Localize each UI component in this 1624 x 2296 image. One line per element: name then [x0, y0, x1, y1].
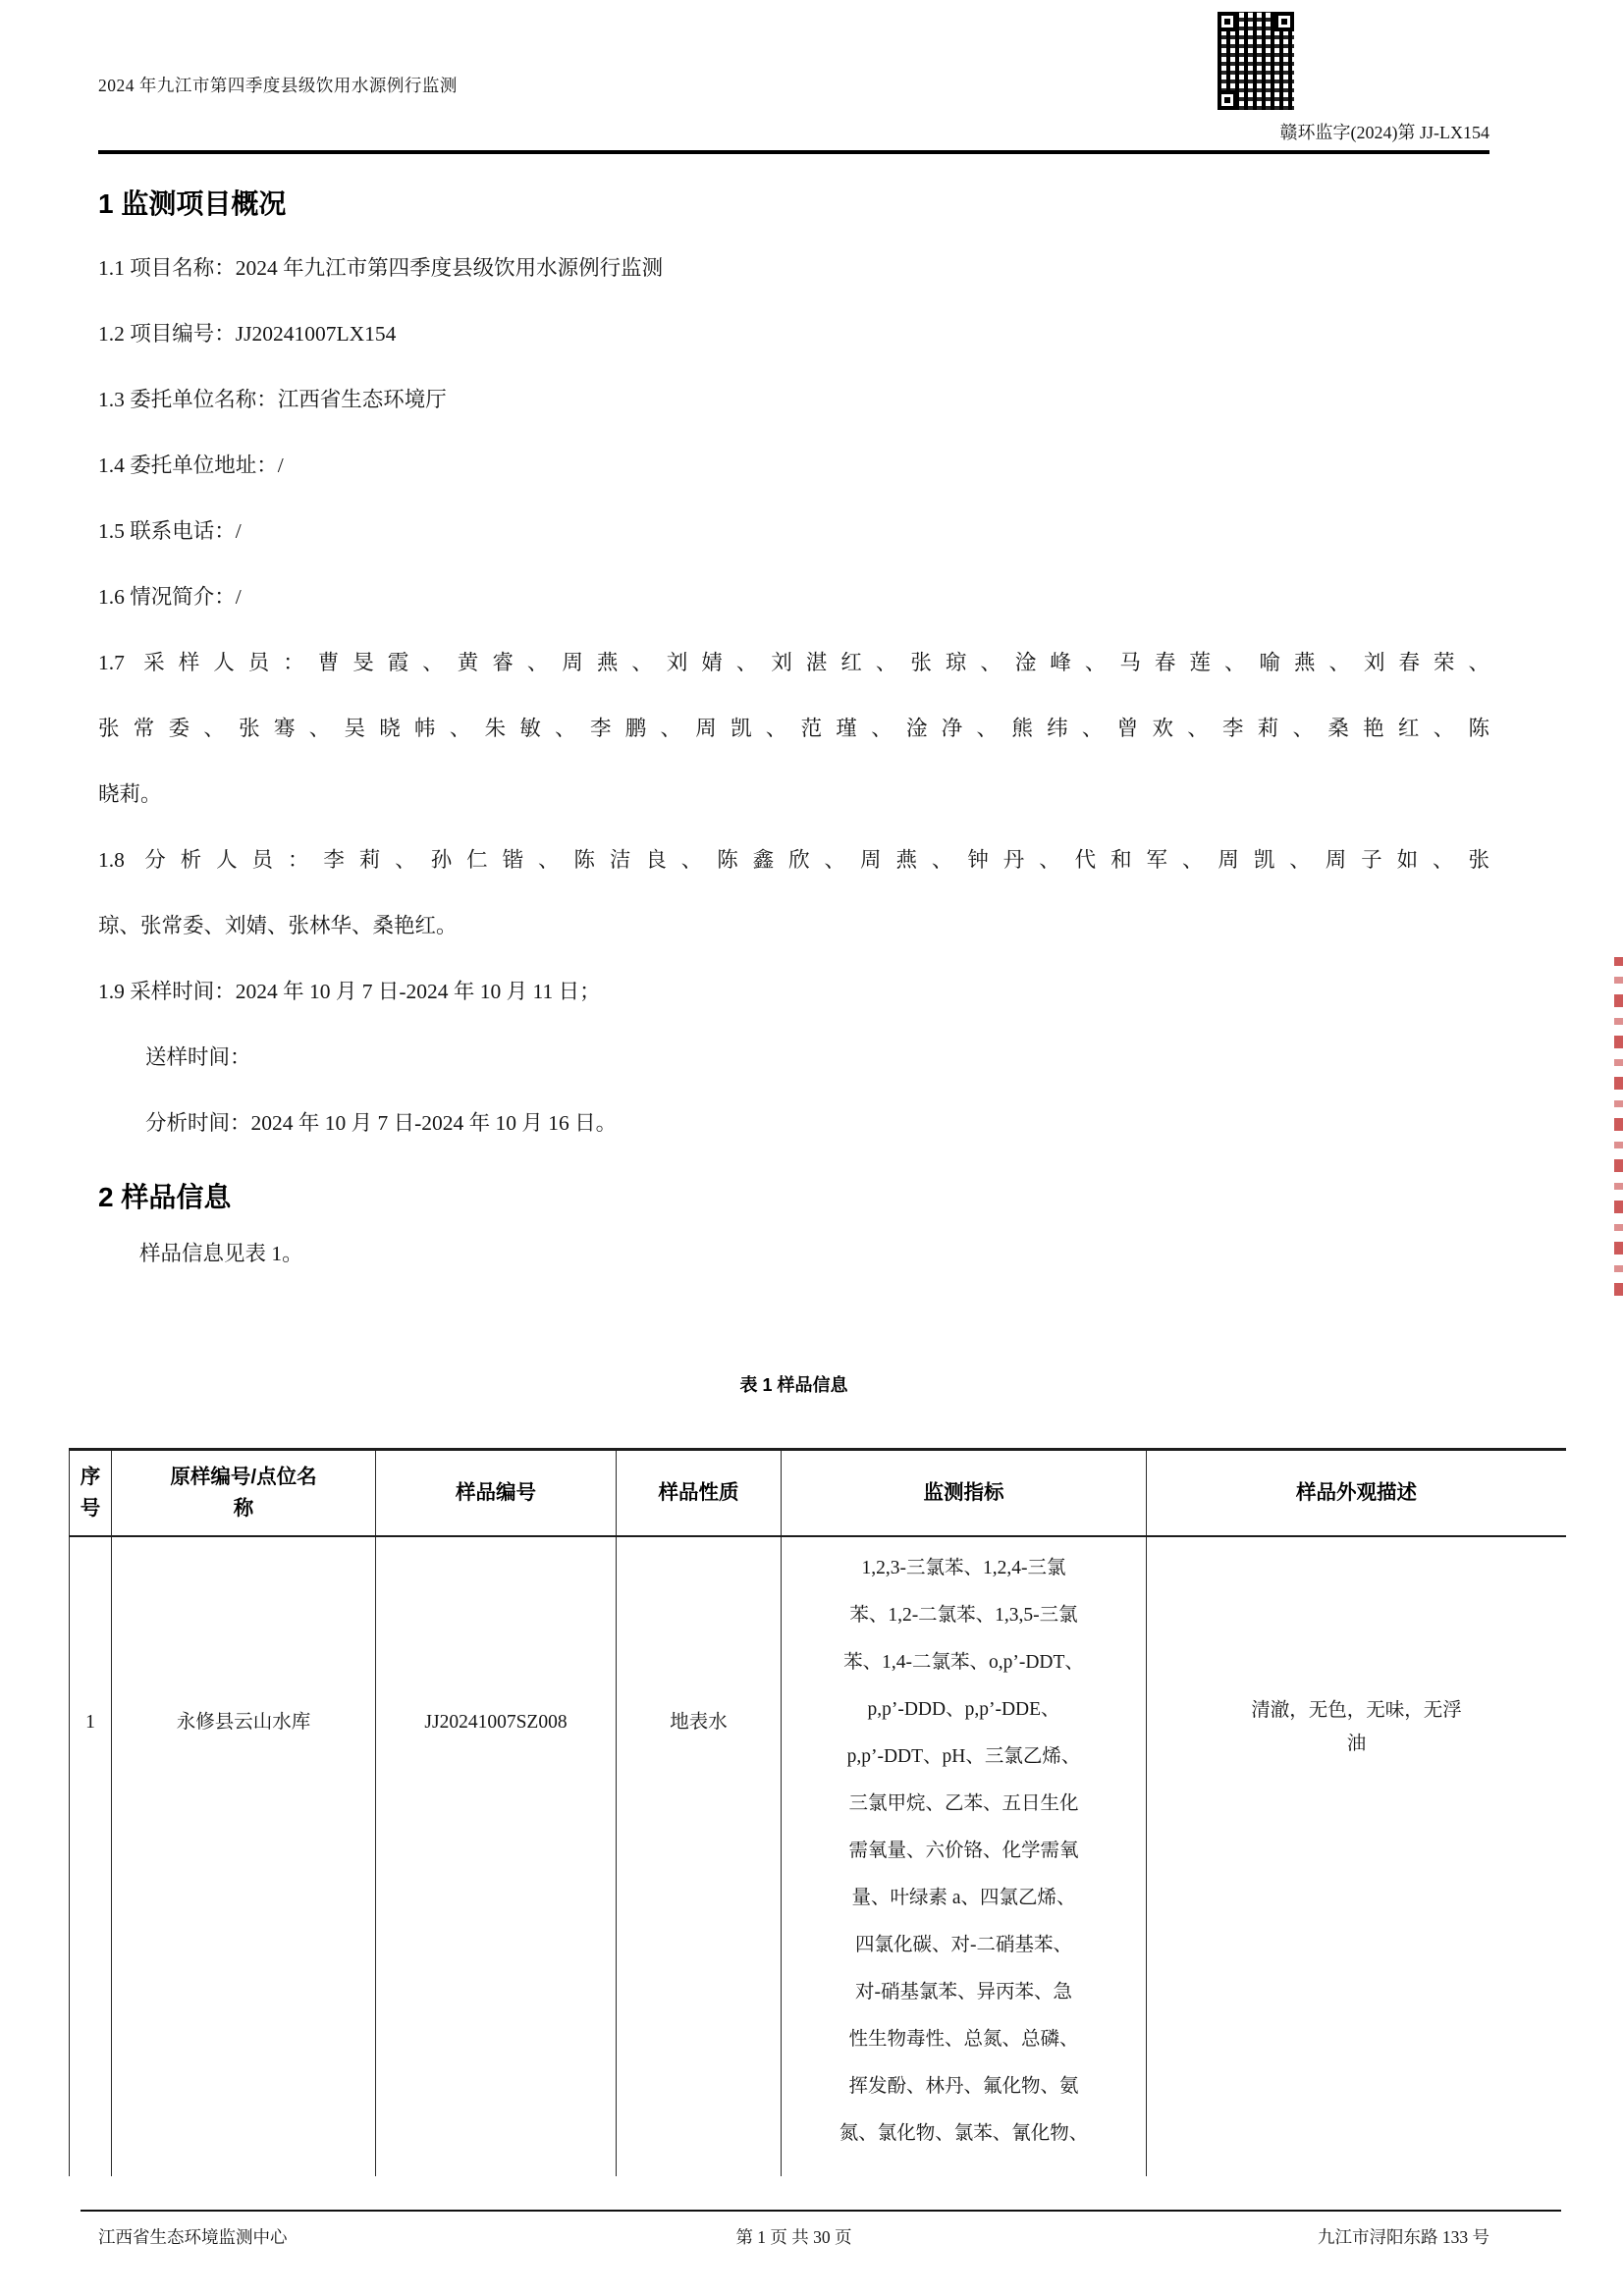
site-name-value: 永修县云山水库 [114, 1710, 373, 1735]
project-info-line: 1.6 情况简介：/ [98, 564, 1489, 630]
indicator-line: 苯、1,4-二氯苯、o,p’-DDT、 [784, 1639, 1144, 1686]
section-1-subitems: 送样时间：分析时间：2024 年 10 月 7 日-2024 年 10 月 16… [98, 1025, 1489, 1156]
table-header-row: 序 号 原样编号/点位名 称 样品编号 样品性质 监测指标 样品外观描述 [70, 1450, 1567, 1536]
project-info-line: 1.3 委托单位名称：江西省生态环境厅 [98, 367, 1489, 433]
indicator-line: 四氯化碳、对-二硝基苯、 [784, 1922, 1144, 1969]
cell-appearance: 清澈，无色，无味，无浮油 [1147, 1536, 1567, 2177]
column-header-sample-id: 样品编号 [376, 1450, 617, 1536]
qr-finder-icon [1218, 90, 1237, 110]
section-1-items: 1.1 项目名称：2024 年九江市第四季度县级饮用水源例行监测1.2 项目编号… [98, 236, 1489, 1025]
project-info-line: 1.4 委托单位地址：/ [98, 433, 1489, 499]
project-info-line: 1.9 采样时间：2024 年 10 月 7 日-2024 年 10 月 11 … [98, 959, 1489, 1025]
cell-site: 永修县云山水库 [112, 1536, 376, 2177]
project-info-line: 晓莉。 [98, 762, 1489, 828]
appearance-line: 油 [1149, 1728, 1564, 1761]
project-info-subline: 送样时间： [98, 1025, 1489, 1091]
sample-table-container: 序 号 原样编号/点位名 称 样品编号 样品性质 监测指标 样品外观描述 1 [69, 1448, 1566, 2176]
column-header-site: 原样编号/点位名 称 [112, 1450, 376, 1536]
project-info-line: 琼、张常委、刘婧、张林华、桑艳红。 [98, 893, 1489, 959]
section-2-intro: 样品信息见表 1。 [98, 1221, 1489, 1287]
footer-address: 九江市浔阳东路 133 号 [1318, 2224, 1489, 2249]
indicator-line: 需氧量、六价铬、化学需氧 [784, 1828, 1144, 1875]
qr-finder-icon [1274, 12, 1294, 31]
indicator-line: 量、叶绿素 a、四氯乙烯、 [784, 1875, 1144, 1922]
page-content: 1 监测项目概况 1.1 项目名称：2024 年九江市第四季度县级饮用水源例行监… [98, 157, 1489, 2176]
indicator-line: 挥发酚、林丹、氟化物、氨 [784, 2063, 1144, 2110]
qr-code-icon [1218, 12, 1294, 110]
indicator-line: 三氯甲烷、乙苯、五日生化 [784, 1781, 1144, 1828]
red-margin-annotation [1614, 957, 1623, 1296]
column-header-seq: 序 号 [70, 1450, 112, 1536]
sample-info-table: 序 号 原样编号/点位名 称 样品编号 样品性质 监测指标 样品外观描述 1 [69, 1448, 1566, 2176]
project-info-line: 1.8 分析人员：李莉、孙仁锴、陈洁良、陈鑫欣、周燕、钟丹、代和军、周凯、周子如… [98, 828, 1489, 893]
document-page: 2024 年九江市第四季度县级饮用水源例行监测 赣环监字(2024)第 JJ-L… [0, 0, 1624, 2296]
project-info-line: 1.7 采样人员：曹旻霞、黄睿、周燕、刘婧、刘湛红、张琼、淦峰、马春莲、喻燕、刘… [98, 630, 1489, 696]
cell-nature: 地表水 [617, 1536, 782, 2177]
footer-page-number: 第 1 页 共 30 页 [98, 2224, 1489, 2249]
header-title: 2024 年九江市第四季度县级饮用水源例行监测 [98, 73, 458, 97]
indicator-line: 1,2,3-三氯苯、1,2,4-三氯 [784, 1545, 1144, 1592]
indicator-line: 对-硝基氯苯、异丙苯、急 [784, 1969, 1144, 2016]
cell-indicators: 1,2,3-三氯苯、1,2,4-三氯苯、1,2-二氯苯、1,3,5-三氯苯、1,… [782, 1536, 1147, 2177]
table-caption: 表 1 样品信息 [98, 1371, 1489, 1397]
column-header-nature: 样品性质 [617, 1450, 782, 1536]
indicator-line: p,p’-DDT、pH、三氯乙烯、 [784, 1734, 1144, 1781]
indicator-line: p,p’-DDD、p,p’-DDE、 [784, 1686, 1144, 1734]
cell-sample-id: JJ20241007SZ008 [376, 1536, 617, 2177]
project-info-line: 1.1 项目名称：2024 年九江市第四季度县级饮用水源例行监测 [98, 236, 1489, 301]
indicator-line: 苯、1,2-二氯苯、1,3,5-三氯 [784, 1592, 1144, 1639]
appearance-line: 清澈，无色，无味，无浮 [1149, 1694, 1564, 1728]
project-info-subline: 分析时间：2024 年 10 月 7 日-2024 年 10 月 16 日。 [98, 1091, 1489, 1156]
column-header-indicators: 监测指标 [782, 1450, 1147, 1536]
section-1-heading: 1 监测项目概况 [98, 183, 1489, 222]
cell-seq: 1 [70, 1536, 112, 2177]
sample-id-value: JJ20241007SZ008 [378, 1710, 614, 1735]
document-number: 赣环监字(2024)第 JJ-LX154 [1280, 119, 1490, 144]
table-row: 1 永修县云山水库 JJ20241007SZ008 地表水 1,2,3-三氯苯、 [70, 1536, 1567, 2177]
header-rule [98, 150, 1489, 154]
seq-value: 1 [72, 1710, 109, 1735]
column-header-appearance: 样品外观描述 [1147, 1450, 1567, 1536]
project-info-line: 1.2 项目编号：JJ20241007LX154 [98, 301, 1489, 367]
qr-finder-icon [1218, 12, 1237, 31]
project-info-line: 1.5 联系电话：/ [98, 499, 1489, 564]
indicator-line: 氮、氯化物、氯苯、氰化物、 [784, 2110, 1144, 2158]
section-2-heading: 2 样品信息 [98, 1176, 1489, 1215]
project-info-line: 张常委、张骞、吴晓帏、朱敏、李鹏、周凯、范瑾、淦净、熊纬、曾欢、李莉、桑艳红、陈 [98, 696, 1489, 762]
indicator-list: 1,2,3-三氯苯、1,2,4-三氯苯、1,2-二氯苯、1,3,5-三氯苯、1,… [784, 1537, 1144, 2158]
appearance-text: 清澈，无色，无味，无浮油 [1149, 1694, 1564, 1761]
indicator-line: 性生物毒性、总氮、总磷、 [784, 2016, 1144, 2063]
footer-rule [81, 2210, 1561, 2212]
sample-nature-value: 地表水 [619, 1710, 779, 1735]
